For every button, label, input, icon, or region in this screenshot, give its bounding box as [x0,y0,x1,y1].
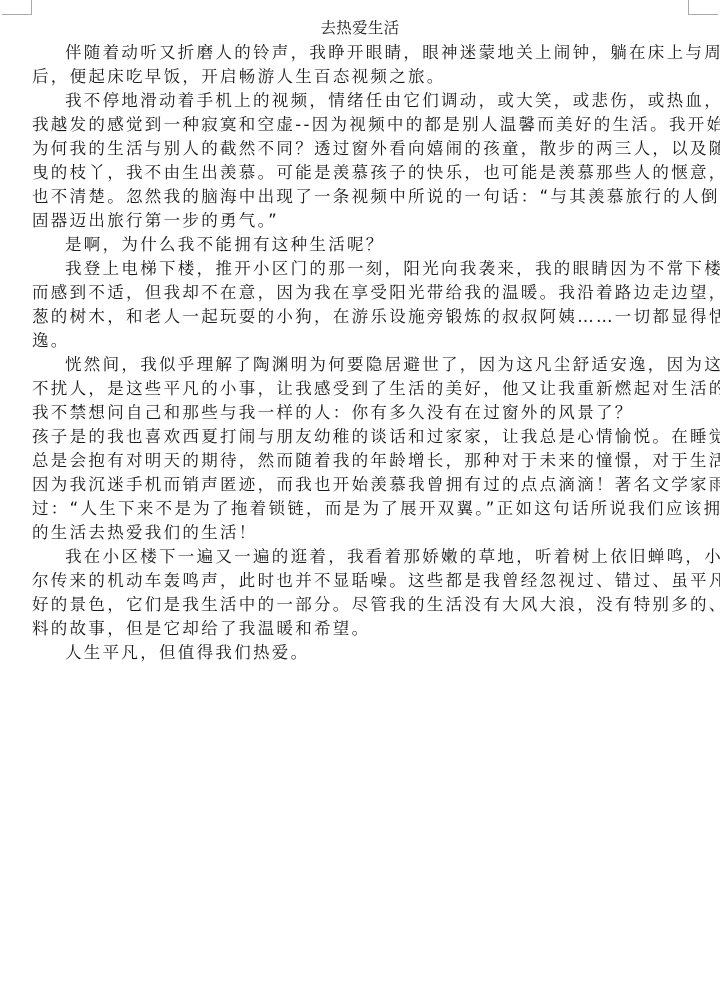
text-line: 不扰人，是这些平凡的小事，让我感受到了生活的美好，他又让我重新燃起对生活的热爱。 [32,377,694,401]
text-line: 尔传来的机动车轰鸣声，此时也并不显聒噪。这些都是我曾经忽视过、错过、虽平凡却又美 [32,569,694,593]
crop-mark-top-right [688,0,718,15]
text-line: 为何我的生活与别人的截然不同？透过窗外看向嬉闹的孩童，散步的两三人，以及随微风摇 [32,137,694,161]
text-line: 是啊，为什么我不能拥有这种生活呢？ [32,233,694,257]
document-body: 伴随着动听又折磨人的铃声，我睁开眼睛，眼神迷蒙地关上闹钟，躺在床上与周公道别 后… [32,41,694,665]
text-line: 的生活去热爱我们的生活！ [32,521,694,545]
text-line: 恍然间，我似乎理解了陶渊明为何要隐居避世了，因为这凡尘舒适安逸，因为这喧嚣从 [32,353,694,377]
text-line: 葱的树木，和老人一起玩耍的小狗，在游乐设施旁锻炼的叔叔阿姨……一切都显得恬静和安 [32,305,694,329]
text-line: 料的故事，但是它却给了我温暖和希望。 [32,617,694,641]
text-line: 因为我沉迷手机而销声匿迹，而我也开始羡慕我曾拥有过的点点滴滴！著名文学家雨果曾说 [32,473,694,497]
text-line: 我在小区楼下一遍又一遍的逛着，我看着那娇嫩的草地，听着树上依旧蝉鸣，小区外偶 [32,545,694,569]
text-line: 后，便起床吃早饭，开启畅游人生百态视频之旅。 [32,65,694,89]
text-line: 伴随着动听又折磨人的铃声，我睁开眼睛，眼神迷蒙地关上闹钟，躺在床上与周公道别 [32,41,694,65]
crop-mark-top-left [2,0,32,15]
text-line: 逸。 [32,329,694,353]
text-line: 曳的枝丫，我不由生出羡慕。可能是羡慕孩子的快乐，也可能是羡慕那些人的惬意，我自己 [32,161,694,185]
text-line: 我登上电梯下楼，推开小区门的那一刻，阳光向我袭来，我的眼睛因为不常下楼见光亮 [32,257,694,281]
text-line: 我不停地滑动着手机上的视频，情绪任由它们调动，或大笑，或悲伤，或热血，渐渐地， [32,89,694,113]
text-line: 好的景色，它们是我生活中的一部分。尽管我的生活没有大风大浪，没有特别多的、出乎意 [32,593,694,617]
text-line: 过：“人生下来不是为了拖着锁链，而是为了展开双翼。”正如这句话所说我们应该拥抱我… [32,497,694,521]
text-line: 固器迈出旅行第一步的勇气。” [32,209,694,233]
text-line: 孩子是的我也喜欢西夏打闹与朋友幼稚的谈话和过家家，让我总是心情愉悦。在睡觉前，我 [32,425,694,449]
text-line: 总是会抱有对明天的期待，然而随着我的年龄增长，那种对于未来的憧憬，对于生活的热爱… [32,449,694,473]
text-line: 人生平凡，但值得我们热爱。 [32,641,694,665]
text-line: 也不清楚。忽然我的脑海中出现了一条视频中所说的一句话：“与其羡慕旅行的人倒不如先 [32,185,694,209]
text-line: 我越发的感觉到一种寂寞和空虚--因为视频中的都是别人温馨而美好的生活。我开始迷茫… [32,113,694,137]
document-title: 去热爱生活 [0,17,720,39]
text-line: 而感到不适，但我却不在意，因为我在享受阳光带给我的温暖。我沿着路边走边望，郁郁葱 [32,281,694,305]
text-line: 我不禁想问自己和那些与我一样的人：你有多久没有在过窗外的风景了？ [32,401,694,425]
